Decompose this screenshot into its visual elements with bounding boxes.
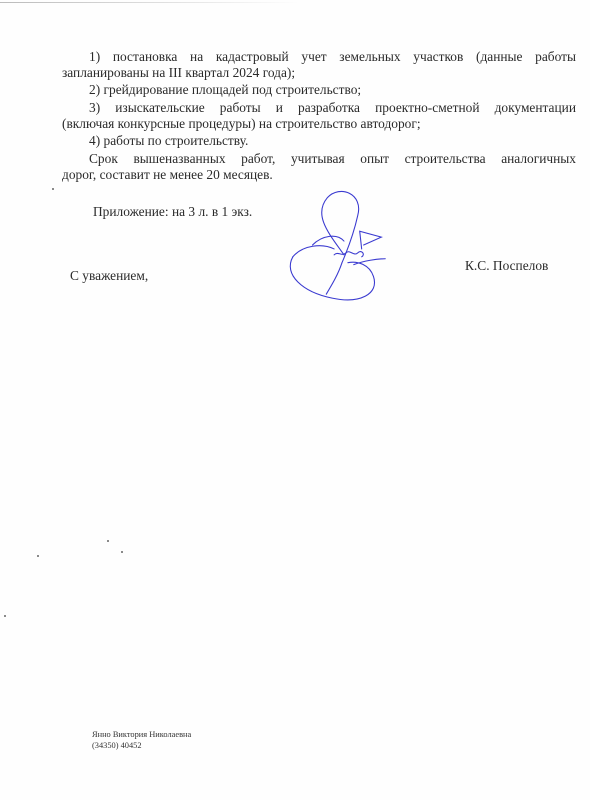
scan-speck xyxy=(37,555,39,557)
scan-speck xyxy=(121,551,123,553)
item-4: 4) работы по строительству. xyxy=(89,133,248,149)
item-2: 2) грейдирование площадей под строительс… xyxy=(89,82,361,98)
attachment-note: Приложение: на 3 л. в 1 экз. xyxy=(93,204,252,220)
item-3-line-2: (включая конкурсные процедуры) на строит… xyxy=(62,116,421,132)
term-line-1: Срок вышеназванных работ, учитывая опыт … xyxy=(62,150,576,167)
executor-name: Янно Виктория Николаевна xyxy=(92,729,191,740)
scan-speck xyxy=(52,188,54,190)
executor-phone: (34350) 40452 xyxy=(92,740,142,751)
signatory-name: К.С. Поспелов xyxy=(465,258,548,274)
closing-phrase: С уважением, xyxy=(70,268,148,284)
term-line-2: дорог, составит не менее 20 месяцев. xyxy=(62,167,273,183)
signature-icon xyxy=(282,186,402,304)
scan-speck xyxy=(107,540,109,542)
item-3-line-1: 3) изыскательские работы и разработка пр… xyxy=(62,99,576,116)
scan-speck xyxy=(4,615,6,617)
item-1-line-2: запланированы на III квартал 2024 года); xyxy=(62,65,295,81)
scan-edge xyxy=(0,2,300,3)
item-1-line-1: 1) постановка на кадастровый учет земель… xyxy=(62,48,576,65)
document-page: 1) постановка на кадастровый учет земель… xyxy=(0,0,590,800)
